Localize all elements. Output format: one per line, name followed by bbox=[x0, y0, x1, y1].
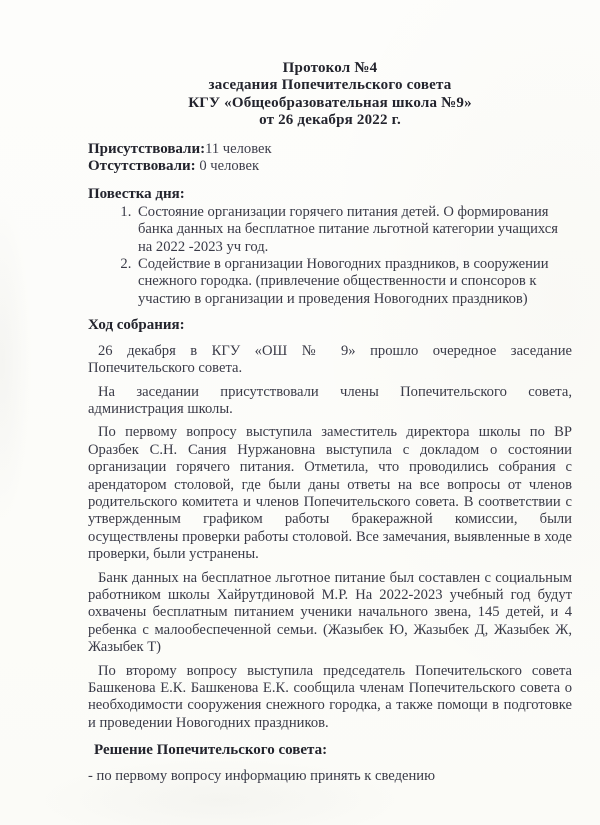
title-line-date: от 26 декабря 2022 г. bbox=[88, 112, 572, 129]
attendance-absent-line: Отсутствовали: 0 человек bbox=[88, 158, 572, 175]
attendance-present-line: Присутствовали:11 человек bbox=[88, 141, 572, 158]
agenda-list: Состояние организации горячего питания д… bbox=[88, 204, 572, 308]
attendance-present-label: Присутствовали: bbox=[88, 141, 205, 157]
attendance-absent-label: Отсутствовали: bbox=[88, 158, 196, 174]
agenda-heading: Повестка дня: bbox=[88, 186, 572, 203]
attendance-present-value: 11 человек bbox=[205, 141, 271, 157]
agenda-item-2: Содействие в организации Новогодних праз… bbox=[135, 256, 572, 308]
proceedings-heading: Ход собрания: bbox=[88, 317, 572, 334]
document-title-block: Протокол №4 заседания Попечительского со… bbox=[88, 60, 572, 130]
proceedings-paragraph-4: Банк данных на бесплатное льготное питан… bbox=[88, 570, 572, 657]
attendance-block: Присутствовали:11 человек Отсутствовали:… bbox=[88, 141, 572, 176]
document-content: Протокол №4 заседания Попечительского со… bbox=[88, 60, 572, 785]
agenda-item-1: Состояние организации горячего питания д… bbox=[135, 204, 572, 256]
proceedings-paragraph-1: 26 декабря в КГУ «ОШ № 9» прошло очередн… bbox=[88, 343, 572, 378]
title-line-meeting: заседания Попечительского совета bbox=[88, 77, 572, 94]
proceedings-paragraph-5: По второму вопросу выступила председател… bbox=[88, 663, 572, 733]
decision-heading: Решение Попечительского совета: bbox=[88, 742, 572, 759]
scanned-document-page: Протокол №4 заседания Попечительского со… bbox=[0, 0, 600, 825]
title-line-protocol-number: Протокол №4 bbox=[88, 60, 572, 77]
proceedings-paragraph-2: На заседании присутствовали члены Попечи… bbox=[88, 384, 572, 419]
attendance-absent-value: 0 человек bbox=[196, 158, 259, 174]
decision-item-1: - по первому вопросу информацию принять … bbox=[88, 768, 572, 785]
proceedings-paragraph-3: По первому вопросу выступила заместитель… bbox=[88, 424, 572, 563]
title-line-school: КГУ «Общеобразовательная школа №9» bbox=[88, 95, 572, 112]
